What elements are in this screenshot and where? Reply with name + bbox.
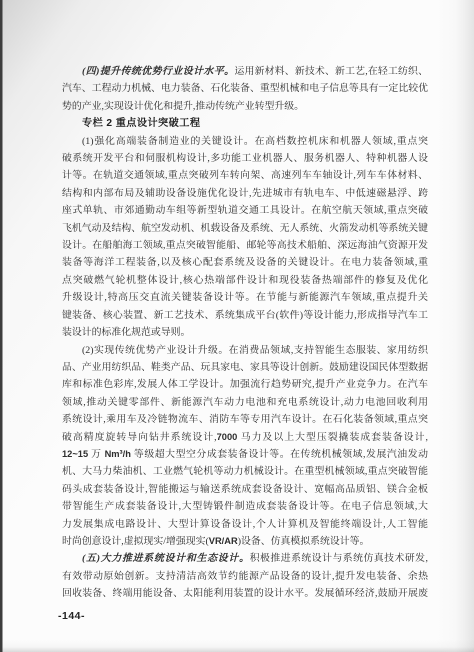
body-text: 飞机气动及结构、航空发动机、机载设备及系统、无人系统、火箭发动机等系统关键 xyxy=(62,223,428,234)
text-line: 有效带动原始创新。支持清洁高效节约能源产品设备的设计,提升发电装备、余热 xyxy=(62,568,428,585)
body-text: 机、大马力柴油机、工业燃气轮机等动力机械设计。在重型机械领域,重点突破智能 xyxy=(62,466,428,477)
text-line: 时尚创意设计,虚拟现实/增强现实(VR/AR)设备、仿真模拟系统设计等。 xyxy=(62,533,428,550)
body-text: 点突破燃气轮机整体设计,核心热端部件设计和现役装备热端部件的修复及优化 xyxy=(62,275,428,286)
page-number: -144- xyxy=(58,610,85,622)
text-line: 设计。在船舶海工领域,重点突破智能船、邮轮等高技术船舶、深远海油气资源开发 xyxy=(62,237,428,254)
text-line: (2)实现传统优势产业设计升级。在消费品领域,支持智能生态服装、家用纺织 xyxy=(62,342,428,359)
body-text: 座式单轨、市郊通勤动车组等新型轨道交通工具设计。在航空航天领域,重点突破 xyxy=(62,205,428,216)
text-line: 计等。在轨道交通领域,重点突破列车转向架、高速列车车轴设计,列车车体材料、 xyxy=(62,167,428,184)
body-text: 带智能生产成套装备设计,大型铸锻件制造成套装备设计等。在电子信息领域,大 xyxy=(62,501,428,512)
text-line: 库和标准色彩库,发展人体工学设计。加强流行趋势研究,提升产业竞争力。在汽车 xyxy=(62,376,428,393)
body-text: 升级设计,特高压交直流关键装备设计等。在节能与新能源汽车领域,重点提升关 xyxy=(62,292,428,303)
panel-heading-text: 专栏 2 重点设计突破工程 xyxy=(82,118,200,129)
body-text: 运用新材料、新技术、新工艺,在轻工纺织、 xyxy=(235,66,429,77)
body-text: 计等。在轨道交通领域,重点突破列车转向架、高速列车车轴设计,列车车体材料、 xyxy=(62,170,428,181)
page-text: (四)提升传统优势行业设计水平。运用新材料、新技术、新工艺,在轻工纺织、汽车、工… xyxy=(62,63,428,603)
body-text: 结构和内部布局及辅助设备设施优化设计,先进城市有轨电车、中低速磁悬浮、跨 xyxy=(62,188,428,199)
text-line: 机、大马力柴油机、工业燃气轮机等动力机械设计。在重型机械领域,重点突破智能 xyxy=(62,463,428,480)
body-text: 时尚创意设计,虚拟现实/增强现实( xyxy=(62,536,209,547)
body-text: 汽车、工程动力机械、电力装备、石化装备、重型机械和电子信息等具有一定比较优 xyxy=(62,83,428,94)
body-text: 领域,推动关键零部件、新能源汽车动力电池和充电系统设计,动力电池回收利用 xyxy=(62,397,428,408)
body-text: 码头成套装备设计,智能搬运与输送系统成套设备设计、宽幅高品质铝、镁合金板 xyxy=(62,484,428,495)
text-line: 破系统开发平台和伺服机构设计,多功能工业机器人、服务机器人、特种机器人设 xyxy=(62,150,428,167)
text-line: 座式单轨、市郊通勤动车组等新型轨道交通工具设计。在航空航天领域,重点突破 xyxy=(62,202,428,219)
text-line: 升级设计,特高压交直流关键装备设计等。在节能与新能源汽车领域,重点提升关 xyxy=(62,289,428,306)
text-line: 势的产业,实现设计优化和提升,推动传统产业转型升级。 xyxy=(62,98,428,115)
body-text: 品、产业用纺织品、鞋类产品、玩具家电、家具等设计创新。鼓励建设国民体型数据 xyxy=(62,362,428,373)
text-line: 破高精度旋转导向钻井系统设计,7000 马力及以上大型压裂撬装成套装备设计, xyxy=(62,429,428,446)
text-line: (1)强化高端装备制造业的关键设计。在高档数控机床和机器人领域,重点突 xyxy=(62,133,428,150)
text-line: 品、产业用纺织品、鞋类产品、玩具家电、家具等设计创新。鼓励建设国民体型数据 xyxy=(62,359,428,376)
numeric-text: Nm³/h xyxy=(105,449,131,459)
body-text: )设备、仿真模拟系统设计等。 xyxy=(238,536,370,547)
text-line: 键装备、核心装置、新工艺技术、系统集成平台(软件)等设计能力,形成指导汽车工 xyxy=(62,307,428,324)
document-page: (四)提升传统优势行业设计水平。运用新材料、新技术、新工艺,在轻工纺织、汽车、工… xyxy=(0,0,474,652)
text-line: 汽车、工程动力机械、电力装备、石化装备、重型机械和电子信息等具有一定比较优 xyxy=(62,80,428,97)
body-text: 力发展集成电路设计、大型计算设备设计,个人计算机及智能终端设计,人工智能 xyxy=(62,519,428,530)
body-text: 势的产业,实现设计优化和提升,推动传统产业转型升级。 xyxy=(62,101,304,112)
body-text: (2)实现传统优势产业设计升级。在消费品领域,支持智能生态服装、家用纺织 xyxy=(82,345,428,356)
text-line: 力发展集成电路设计、大型计算设备设计,个人计算机及智能终端设计,人工智能 xyxy=(62,516,428,533)
body-text: 回收装备、终端用能设备、太阳能利用装置的设计水平。发展循环经济,鼓励开展废 xyxy=(62,588,428,599)
text-line: (五)大力推进系统设计和生态设计。积极推进系统设计与系统仿真技术研发, xyxy=(62,550,428,567)
body-text: 库和标准色彩库,发展人体工学设计。加强流行趋势研究,提升产业竞争力。在汽车 xyxy=(62,379,428,390)
text-line: 领域,推动关键零部件、新能源汽车动力电池和充电系统设计,动力电池回收利用 xyxy=(62,394,428,411)
body-text: 装设计的标准化规范或导则。 xyxy=(62,327,190,338)
text-line: 装设计的标准化规范或导则。 xyxy=(62,324,428,341)
panel-heading: 专栏 2 重点设计突破工程 xyxy=(62,115,428,132)
text-line: 系统设计,乘用车及冷链物流车、消防车等专用汽车设计。在石化装备领域,重点突 xyxy=(62,411,428,428)
text-line: 装备等海洋工程装备,以及核心配套系统及设备的关键设计。在电力装备领域,重 xyxy=(62,254,428,271)
text-line: 结构和内部布局及辅助设备设施优化设计,先进城市有轨电车、中低速磁悬浮、跨 xyxy=(62,185,428,202)
body-text: 万 xyxy=(88,449,104,460)
emphasis-lead-text: (五)大力推进系统设计和生态设计。 xyxy=(82,553,250,564)
body-text: 马力及以上大型压裂撬装成套装备设计, xyxy=(237,432,428,443)
numeric-text: VR/AR xyxy=(209,536,238,546)
body-text: (1)强化高端装备制造业的关键设计。在高档数控机床和机器人领域,重点突 xyxy=(82,136,428,147)
text-line: 点突破燃气轮机整体设计,核心热端部件设计和现役装备热端部件的修复及优化 xyxy=(62,272,428,289)
text-line: (四)提升传统优势行业设计水平。运用新材料、新技术、新工艺,在轻工纺织、 xyxy=(62,63,428,80)
body-text: 装备等海洋工程装备,以及核心配套系统及设备的关键设计。在电力装备领域,重 xyxy=(62,257,428,268)
body-text: 等级超大型空分成套装备设计等。在传统机械领域,发展汽油发动 xyxy=(131,449,428,460)
text-line: 码头成套装备设计,智能搬运与输送系统成套设备设计、宽幅高品质铝、镁合金板 xyxy=(62,481,428,498)
body-text: 系统设计,乘用车及冷链物流车、消防车等专用汽车设计。在石化装备领域,重点突 xyxy=(62,414,428,425)
body-text: 设计。在船舶海工领域,重点突破智能船、邮轮等高技术船舶、深远海油气资源开发 xyxy=(62,240,428,251)
body-text: 键装备、核心装置、新工艺技术、系统集成平台(软件)等设计能力,形成指导汽车工 xyxy=(62,310,428,321)
body-text: 破高精度旋转导向钻井系统设计, xyxy=(62,432,217,443)
body-text: 破系统开发平台和伺服机构设计,多功能工业机器人、服务机器人、特种机器人设 xyxy=(62,153,428,164)
emphasis-lead-text: (四)提升传统优势行业设计水平。 xyxy=(82,66,235,77)
body-text: 有效带动原始创新。支持清洁高效节约能源产品设备的设计,提升发电装备、余热 xyxy=(62,571,428,582)
text-line: 飞机气动及结构、航空发动机、机载设备及系统、无人系统、火箭发动机等系统关键 xyxy=(62,220,428,237)
text-line: 带智能生产成套装备设计,大型铸锻件制造成套装备设计等。在电子信息领域,大 xyxy=(62,498,428,515)
text-line: 12~15 万 Nm³/h 等级超大型空分成套装备设计等。在传统机械领域,发展汽… xyxy=(62,446,428,463)
text-line: 回收装备、终端用能设备、太阳能利用装置的设计水平。发展循环经济,鼓励开展废 xyxy=(62,585,428,602)
numeric-text: 7000 xyxy=(217,432,238,442)
numeric-text: 12~15 xyxy=(62,449,88,459)
body-text: 积极推进系统设计与系统仿真技术研发, xyxy=(250,553,428,564)
